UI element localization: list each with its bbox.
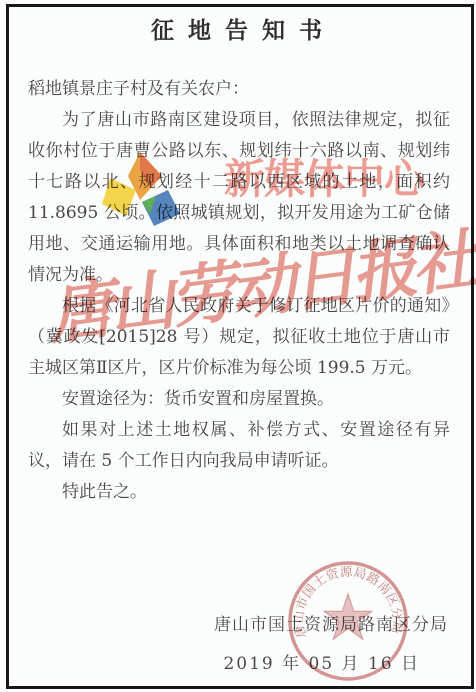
- salutation: 稻地镇景庄子村及有关农户：: [28, 74, 450, 105]
- paragraph-resettlement: 安置途径为：货币安置和房屋置换。: [28, 384, 450, 415]
- issuing-authority: 唐山市国土资源局路南区分局: [0, 610, 476, 635]
- paragraph-price-basis: 根据《河北省人民政府关于修订征地区片价的通知》（冀政发[2015]28 号）规定…: [28, 291, 450, 384]
- paragraph-land-scope: 为了唐山市路南区建设项目，依照法律规定，拟征收你村位于唐曹公路以东、规划纬十六路…: [28, 105, 450, 291]
- document-body: 稻地镇景庄子村及有关农户： 为了唐山市路南区建设项目，依照法律规定，拟征收你村位…: [28, 74, 450, 508]
- document-page: 征 地 告 知 书 稻地镇景庄子村及有关农户： 为了唐山市路南区建设项目，依照法…: [0, 0, 476, 692]
- page-title: 征 地 告 知 书: [0, 12, 476, 45]
- paragraph-closing: 特此告之。: [28, 477, 450, 508]
- paragraph-hearing-rights: 如果对上述土地权属、补偿方式、安置途径有异议，请在 5 个工作日内向我局申请听证…: [28, 415, 450, 477]
- issue-date: 2019 年 05 月 16 日: [0, 649, 476, 674]
- signature-block: 唐山市国土资源局路南区分局 2019 年 05 月 16 日: [0, 610, 476, 674]
